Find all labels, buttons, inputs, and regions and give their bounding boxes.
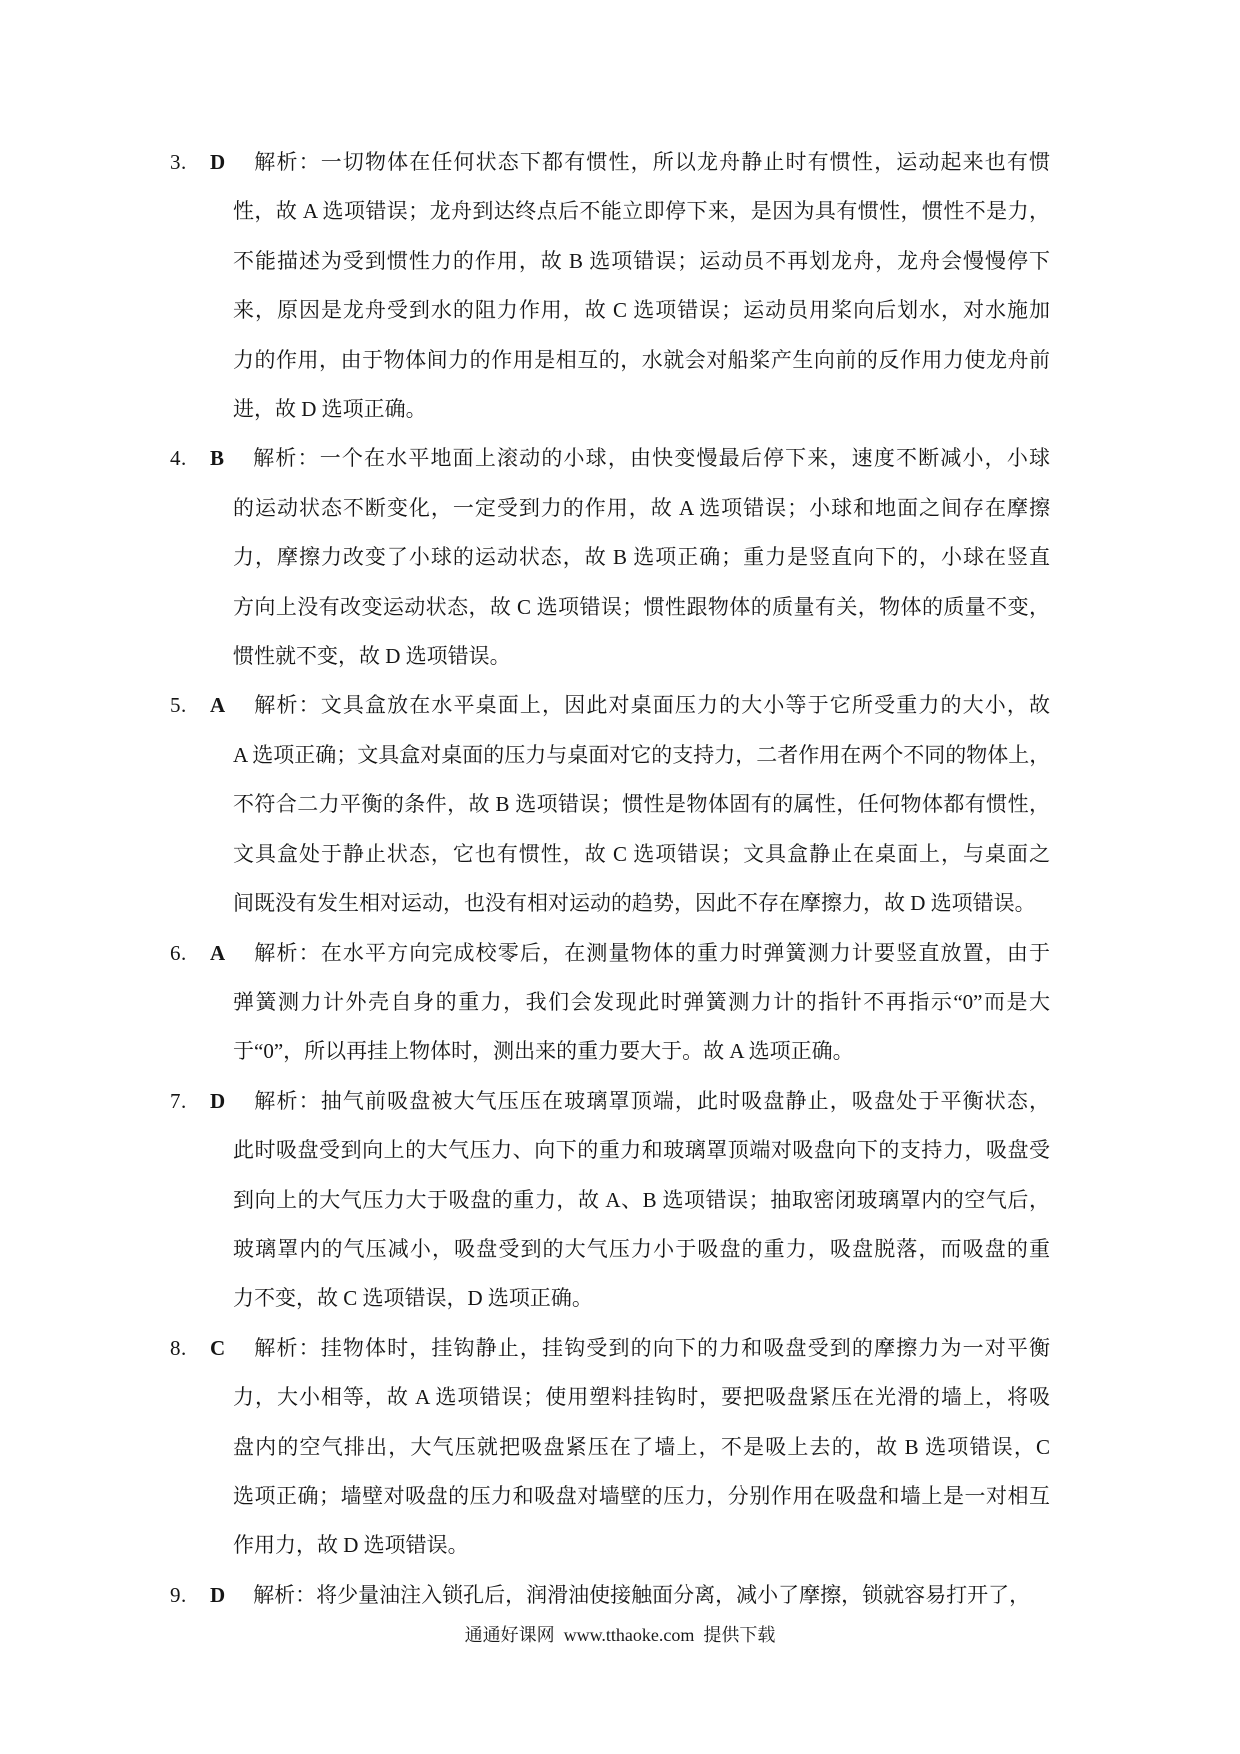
explanation-line: 力不变，故 C 选项错误，D 选项正确。 — [233, 1274, 1050, 1323]
item-number: 8. — [170, 1324, 210, 1373]
explanation-first-line: C解析：挂物体时，挂钩静止，挂钩受到的向下的力和吸盘受到的摩擦力为一对平衡 — [210, 1324, 1050, 1373]
answer-item: 9. D解析：将少量油注入锁孔后，润滑油使接触面分离，减小了摩擦，锁就容易打开了… — [233, 1571, 1050, 1620]
explanation-line: 惯性就不变，故 D 选项错误。 — [233, 632, 1050, 681]
explanation-line: A 选项正确；文具盒对桌面的压力与桌面对它的支持力，二者作用在两个不同的物体上， — [233, 731, 1050, 780]
explanation-line: 性，故 A 选项错误；龙舟到达终点后不能立即停下来，是因为具有惯性，惯性不是力， — [233, 187, 1050, 236]
explanation-label: 解析： — [253, 1336, 321, 1360]
answer-letter: A — [210, 693, 225, 717]
explanation-line: 进，故 D 选项正确。 — [233, 385, 1050, 434]
answer-explanation-list: 3. D解析：一切物体在任何状态下都有惯性，所以龙舟静止时有惯性，运动起来也有惯… — [233, 138, 1050, 1620]
explanation-label: 解析： — [253, 150, 321, 174]
explanation-label: 解析： — [253, 941, 321, 965]
item-number: 5. — [170, 681, 210, 730]
answer-letter: C — [210, 1336, 225, 1360]
explanation-text: 一个在水平地面上滚动的小球，由快变慢最后停下来，速度不断减小，小球 — [320, 446, 1050, 470]
answer-letter: D — [210, 1583, 225, 1607]
item-number: 4. — [170, 434, 210, 483]
explanation-line: 方向上没有改变运动状态，故 C 选项错误；惯性跟物体的质量有关，物体的质量不变， — [233, 583, 1050, 632]
answer-item: 4. B解析：一个在水平地面上滚动的小球，由快变慢最后停下来，速度不断减小，小球… — [233, 434, 1050, 681]
item-number: 9. — [170, 1571, 210, 1620]
explanation-line: 到向上的大气压力大于吸盘的重力，故 A、B 选项错误；抽取密闭玻璃罩内的空气后， — [233, 1176, 1050, 1225]
explanation-line: 来，原因是龙舟受到水的阻力作用，故 C 选项错误；运动员用桨向后划水，对水施加 — [233, 286, 1050, 335]
explanation-label: 解析： — [253, 1583, 316, 1607]
explanation-label: 解析： — [253, 693, 321, 717]
explanation-line: 选项正确；墙壁对吸盘的压力和吸盘对墙壁的压力，分别作用在吸盘和墙上是一对相互 — [233, 1472, 1050, 1521]
explanation-line: 间既没有发生相对运动，也没有相对运动的趋势，因此不存在摩擦力，故 D 选项错误。 — [233, 879, 1050, 928]
answer-letter: D — [210, 150, 225, 174]
footer-watermark: 通通好课网 www.tthaoke.com 提供下载 — [0, 1620, 1240, 1650]
explanation-line: 不能描述为受到惯性力的作用，故 B 选项错误；运动员不再划龙舟，龙舟会慢慢停下 — [233, 237, 1050, 286]
explanation-first-line: B解析：一个在水平地面上滚动的小球，由快变慢最后停下来，速度不断减小，小球 — [210, 434, 1050, 483]
explanation-line: 力的作用，由于物体间力的作用是相互的，水就会对船桨产生向前的反作用力使龙舟前 — [233, 336, 1050, 385]
explanation-line: 力，摩擦力改变了小球的运动状态，故 B 选项正确；重力是竖直向下的，小球在竖直 — [233, 533, 1050, 582]
answer-letter: D — [210, 1089, 225, 1113]
explanation-text: 将少量油注入锁孔后，润滑油使接触面分离，减小了摩擦，锁就容易打开了， — [316, 1583, 1030, 1607]
explanation-text: 抽气前吸盘被大气压压在玻璃罩顶端，此时吸盘静止，吸盘处于平衡状态， — [321, 1089, 1050, 1113]
explanation-line: 文具盒处于静止状态，它也有惯性，故 C 选项错误；文具盒静止在桌面上，与桌面之 — [233, 830, 1050, 879]
document-page: 3. D解析：一切物体在任何状态下都有惯性，所以龙舟静止时有惯性，运动起来也有惯… — [0, 0, 1240, 1754]
explanation-line: 玻璃罩内的气压减小，吸盘受到的大气压力小于吸盘的重力，吸盘脱落，而吸盘的重 — [233, 1225, 1050, 1274]
explanation-text: 挂物体时，挂钩静止，挂钩受到的向下的力和吸盘受到的摩擦力为一对平衡 — [321, 1336, 1050, 1360]
explanation-label: 解析： — [253, 1089, 321, 1113]
item-number: 7. — [170, 1077, 210, 1126]
explanation-line: 力，大小相等，故 A 选项错误；使用塑料挂钩时，要把吸盘紧压在光滑的墙上，将吸 — [233, 1373, 1050, 1422]
explanation-first-line: A解析：在水平方向完成校零后，在测量物体的重力时弹簧测力计要竖直放置，由于 — [210, 929, 1050, 978]
answer-item: 6. A解析：在水平方向完成校零后，在测量物体的重力时弹簧测力计要竖直放置，由于… — [233, 929, 1050, 1077]
explanation-line: 此时吸盘受到向上的大气压力、向下的重力和玻璃罩顶端对吸盘向下的支持力，吸盘受 — [233, 1126, 1050, 1175]
explanation-text: 文具盒放在水平桌面上，因此对桌面压力的大小等于它所受重力的大小，故 — [321, 693, 1050, 717]
answer-letter: A — [210, 941, 225, 965]
explanation-first-line: D解析：将少量油注入锁孔后，润滑油使接触面分离，减小了摩擦，锁就容易打开了， — [210, 1571, 1050, 1620]
explanation-line: 于“0”，所以再挂上物体时，测出来的重力要大于。故 A 选项正确。 — [233, 1027, 1050, 1076]
explanation-line: 作用力，故 D 选项错误。 — [233, 1521, 1050, 1570]
explanation-line: 盘内的空气排出，大气压就把吸盘紧压在了墙上，不是吸上去的，故 B 选项错误，C — [233, 1423, 1050, 1472]
answer-item: 7. D解析：抽气前吸盘被大气压压在玻璃罩顶端，此时吸盘静止，吸盘处于平衡状态，… — [233, 1077, 1050, 1324]
explanation-text: 在水平方向完成校零后，在测量物体的重力时弹簧测力计要竖直放置，由于 — [321, 941, 1050, 965]
answer-letter: B — [210, 446, 224, 470]
item-number: 6. — [170, 929, 210, 978]
item-number: 3. — [170, 138, 210, 187]
answer-item: 3. D解析：一切物体在任何状态下都有惯性，所以龙舟静止时有惯性，运动起来也有惯… — [233, 138, 1050, 434]
explanation-first-line: D解析：一切物体在任何状态下都有惯性，所以龙舟静止时有惯性，运动起来也有惯 — [210, 138, 1050, 187]
explanation-label: 解析： — [252, 446, 320, 470]
explanation-line: 的运动状态不断变化，一定受到力的作用，故 A 选项错误；小球和地面之间存在摩擦 — [233, 484, 1050, 533]
explanation-first-line: D解析：抽气前吸盘被大气压压在玻璃罩顶端，此时吸盘静止，吸盘处于平衡状态， — [210, 1077, 1050, 1126]
explanation-line: 不符合二力平衡的条件，故 B 选项错误；惯性是物体固有的属性，任何物体都有惯性， — [233, 780, 1050, 829]
answer-item: 8. C解析：挂物体时，挂钩静止，挂钩受到的向下的力和吸盘受到的摩擦力为一对平衡… — [233, 1324, 1050, 1571]
explanation-line: 弹簧测力计外壳自身的重力，我们会发现此时弹簧测力计的指针不再指示“0”而是大 — [233, 978, 1050, 1027]
explanation-first-line: A解析：文具盒放在水平桌面上，因此对桌面压力的大小等于它所受重力的大小，故 — [210, 681, 1050, 730]
explanation-text: 一切物体在任何状态下都有惯性，所以龙舟静止时有惯性，运动起来也有惯 — [321, 150, 1050, 174]
answer-item: 5. A解析：文具盒放在水平桌面上，因此对桌面压力的大小等于它所受重力的大小，故… — [233, 681, 1050, 928]
